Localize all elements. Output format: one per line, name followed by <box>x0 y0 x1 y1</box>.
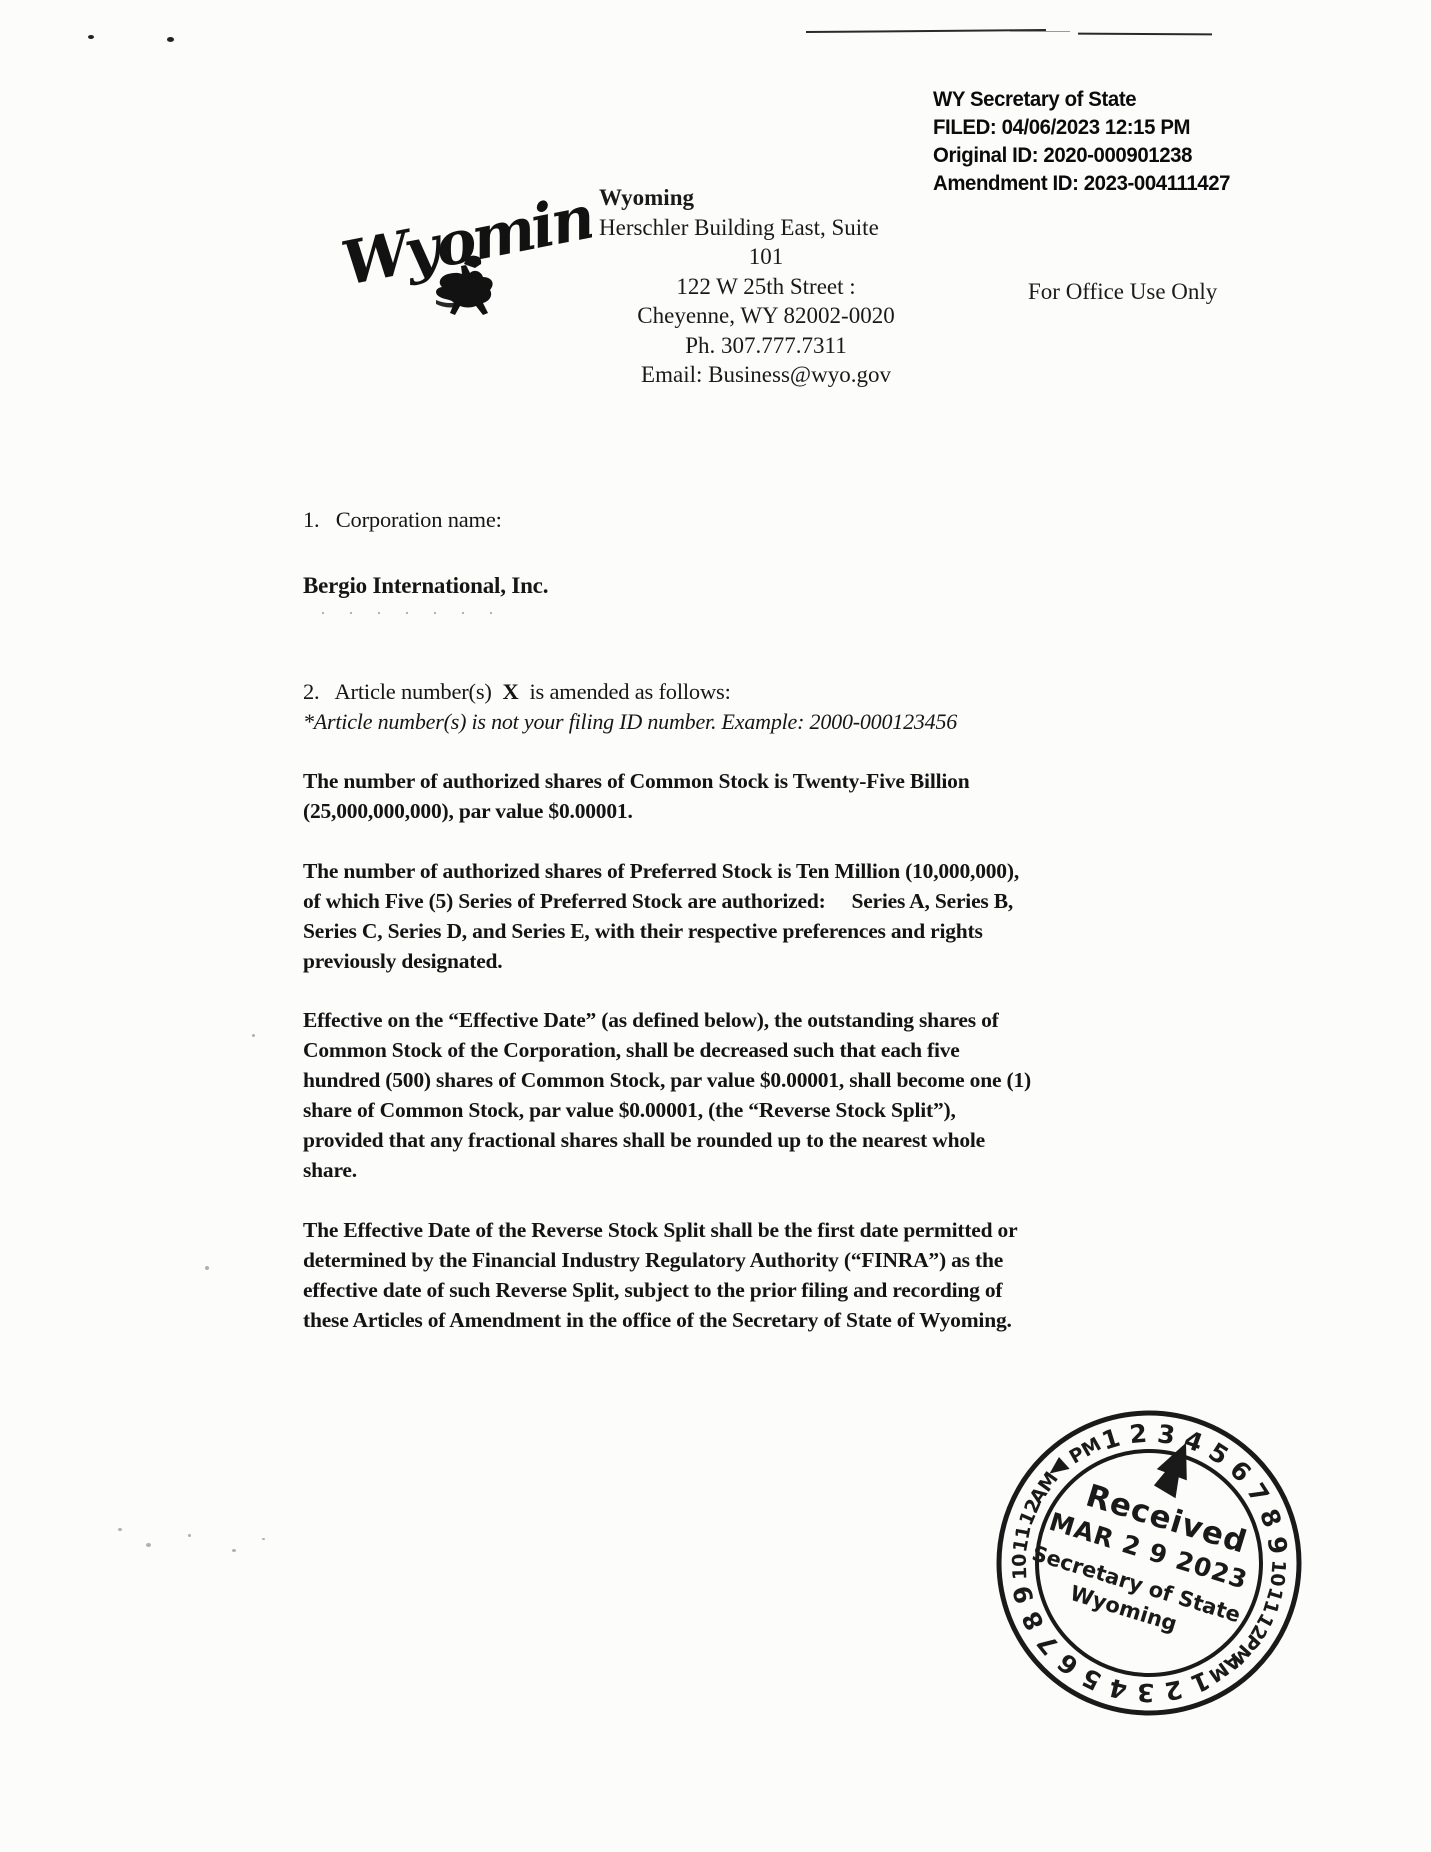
ink-speck <box>167 37 174 42</box>
paragraph-line: of which Five (5) Series of Preferred St… <box>303 886 1093 916</box>
paragraph-line: previously designated. <box>303 946 1093 976</box>
corporation-name: Bergio International, Inc. <box>303 571 1093 601</box>
paragraph-line: Series C, Series D, and Series E, with t… <box>303 916 1093 946</box>
ink-speck <box>88 35 94 39</box>
agency-address-block: Wyoming Herschler Building East, Suite 1… <box>585 183 947 390</box>
item2-article-number-value: X <box>503 679 519 704</box>
dial-hour-label: 11 <box>1009 1524 1036 1554</box>
scan-dust <box>146 1543 151 1547</box>
paragraph-line: effective date of such Reverse Split, su… <box>303 1275 1093 1305</box>
paragraph-preferred-stock: The number of authorized shares of Prefe… <box>303 856 1093 976</box>
item2-label: 2. Article number(s) X is amended as fol… <box>303 677 1093 707</box>
paragraph-line: The Effective Date of the Reverse Stock … <box>303 1215 1093 1245</box>
paragraph-line: (25,000,000,000), par value $0.00001. <box>303 796 1093 826</box>
item2-row: 2. Article number(s) X is amended as fol… <box>303 677 1093 737</box>
paragraph-effective-date: The Effective Date of the Reverse Stock … <box>303 1215 1093 1335</box>
filed-stamp-date: FILED: 04/06/2023 12:15 PM <box>933 114 1340 142</box>
filed-stamp-original-id: Original ID: 2020-000901238 <box>933 142 1340 170</box>
paragraph-line: these Articles of Amendment in the offic… <box>303 1305 1093 1335</box>
agency-email: Email: Business@wyo.gov <box>585 360 947 390</box>
received-stamp: PM123456789101112PMAM123456789101112AM R… <box>983 1400 1317 1734</box>
dial-hour-label: 10 <box>1266 1559 1290 1587</box>
scan-artifact-line <box>1010 31 1070 32</box>
item2-note: *Article number(s) is not your filing ID… <box>303 707 1093 737</box>
paragraph-line: Effective on the “Effective Date” (as de… <box>303 1005 1093 1035</box>
scan-dust-row <box>322 612 502 614</box>
dial-hour-label: 9 <box>1007 1583 1039 1607</box>
dial-hour-label: 8 <box>1016 1606 1050 1635</box>
paragraph-line: The number of authorized shares of Commo… <box>303 766 1093 796</box>
scan-dust <box>205 1266 209 1270</box>
scan-dust <box>232 1549 236 1552</box>
scan-dust <box>118 1528 122 1531</box>
scan-dust <box>262 1538 265 1540</box>
item2-prefix: 2. Article number(s) <box>303 679 503 704</box>
agency-address-line4: Cheyenne, WY 82002-0020 <box>585 301 947 331</box>
item2-suffix: is amended as follows: <box>519 679 731 704</box>
agency-name: Wyoming <box>585 183 947 213</box>
dial-hour-label: 2 <box>1128 1419 1148 1449</box>
agency-address-line3: 122 W 25th Street : <box>585 272 947 302</box>
paragraph-line: Common Stock of the Corporation, shall b… <box>303 1035 1093 1065</box>
corporation-name-row: Bergio International, Inc. <box>303 571 1093 601</box>
paragraph-line: The number of authorized shares of Prefe… <box>303 856 1093 886</box>
item1-row: 1. Corporation name: <box>303 505 1093 535</box>
paragraph-line: determined by the Financial Industry Reg… <box>303 1245 1093 1275</box>
dial-hour-label: 8 <box>1254 1505 1287 1531</box>
filed-stamp-agency: WY Secretary of State <box>933 86 1340 114</box>
agency-address-line2: 101 <box>585 242 947 272</box>
dial-hour-label: 10 <box>1009 1553 1032 1580</box>
paragraph-line: share of Common Stock, par value $0.0000… <box>303 1095 1093 1125</box>
paragraph-reverse-split: Effective on the “Effective Date” (as de… <box>303 1005 1093 1185</box>
scan-dust <box>188 1534 191 1537</box>
dial-hour-label: 4 <box>1106 1673 1130 1705</box>
dial-hour-label: 9 <box>1262 1535 1293 1556</box>
agency-address-line1: Herschler Building East, Suite <box>585 213 947 243</box>
paragraph-line: hundred (500) shares of Common Stock, pa… <box>303 1065 1093 1095</box>
agency-phone: Ph. 307.777.7311 <box>585 331 947 361</box>
filed-stamp-block: WY Secretary of State FILED: 04/06/2023 … <box>933 86 1340 198</box>
dial-hour-label: 3 <box>1137 1678 1155 1707</box>
scanned-document-page: WY Secretary of State FILED: 04/06/2023 … <box>0 0 1431 1852</box>
scan-dust <box>252 1034 255 1037</box>
dial-hour-label: 3 <box>1156 1419 1177 1450</box>
wyoming-script-logo: Wyoming <box>336 178 592 320</box>
scan-artifact-line <box>1078 33 1212 36</box>
dial-hour-label: 2 <box>1162 1674 1185 1706</box>
paragraph-common-stock: The number of authorized shares of Commo… <box>303 766 1093 826</box>
item1-label: 1. Corporation name: <box>303 505 1093 535</box>
paragraph-line: provided that any fractional shares shal… <box>303 1125 1093 1155</box>
dial-hour-label: 5 <box>1077 1662 1105 1696</box>
paragraph-line: share. <box>303 1155 1093 1185</box>
filed-stamp-amendment-id: Amendment ID: 2023-004111427 <box>933 170 1340 198</box>
office-use-label: For Office Use Only <box>1028 279 1217 305</box>
